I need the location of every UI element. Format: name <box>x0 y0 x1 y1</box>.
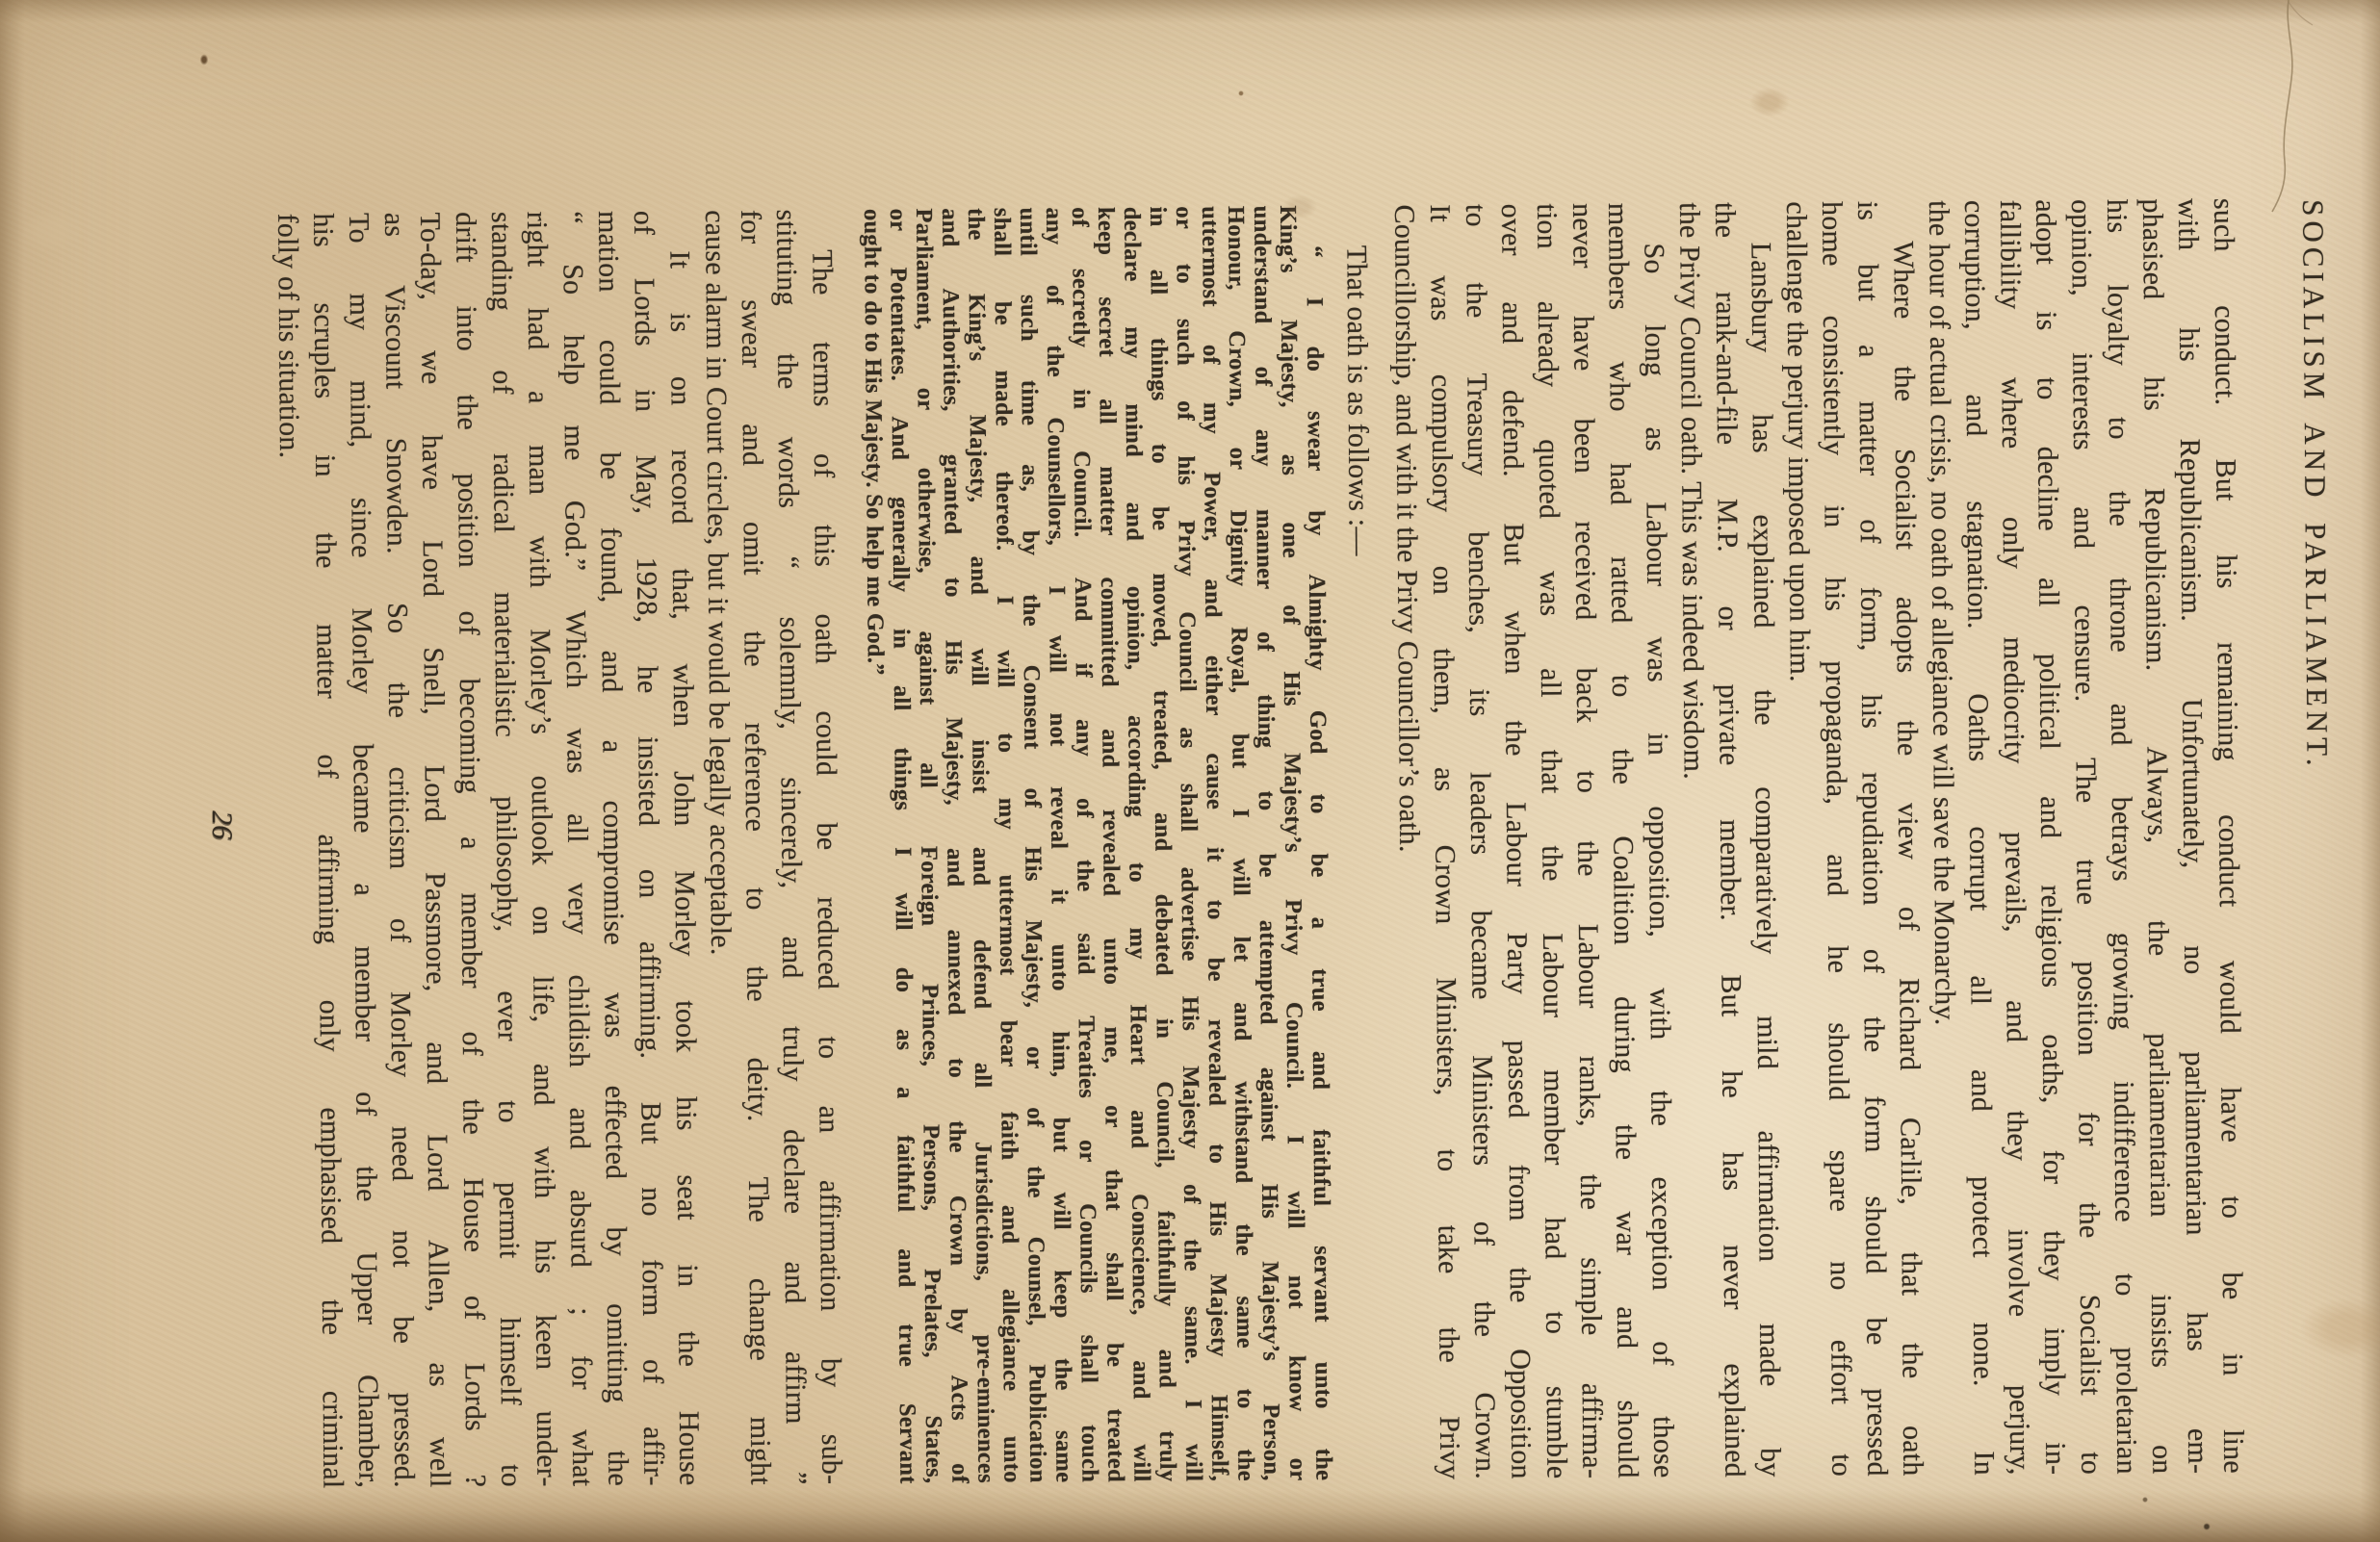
page-sheet: SOCIALISM AND PARLIAMENT. such conduct. … <box>0 0 2380 1542</box>
text-block: such conduct. But his remaining conduct … <box>270 198 2251 1489</box>
paragraph: Where the Socialist adopts the view of R… <box>1778 200 1930 1477</box>
paragraph: Lansbury has explained the comparatively… <box>1671 202 1788 1478</box>
paragraph: So long as Labour was in opposition, wit… <box>1386 202 1681 1479</box>
book-page-scan: SOCIALISM AND PARLIAMENT. such conduct. … <box>0 0 2380 1542</box>
text-line: That oath is as follows :— <box>1338 205 1384 1480</box>
paragraph: “ I do swear by Almighty God to be a tru… <box>859 205 1336 1484</box>
page-number: 26 <box>200 161 244 1489</box>
paragraph: The terms of this oath could be reduced … <box>697 209 849 1485</box>
running-header: SOCIALISM AND PARLIAMENT. <box>2295 199 2340 1473</box>
paragraph: such conduct. But his remaining conduct … <box>1921 198 2251 1477</box>
paragraph: It is on record that, when John Morley t… <box>270 210 707 1488</box>
paragraph: That oath is as follows :— <box>1338 205 1384 1480</box>
page-content: SOCIALISM AND PARLIAMENT. such conduct. … <box>200 197 2340 1489</box>
